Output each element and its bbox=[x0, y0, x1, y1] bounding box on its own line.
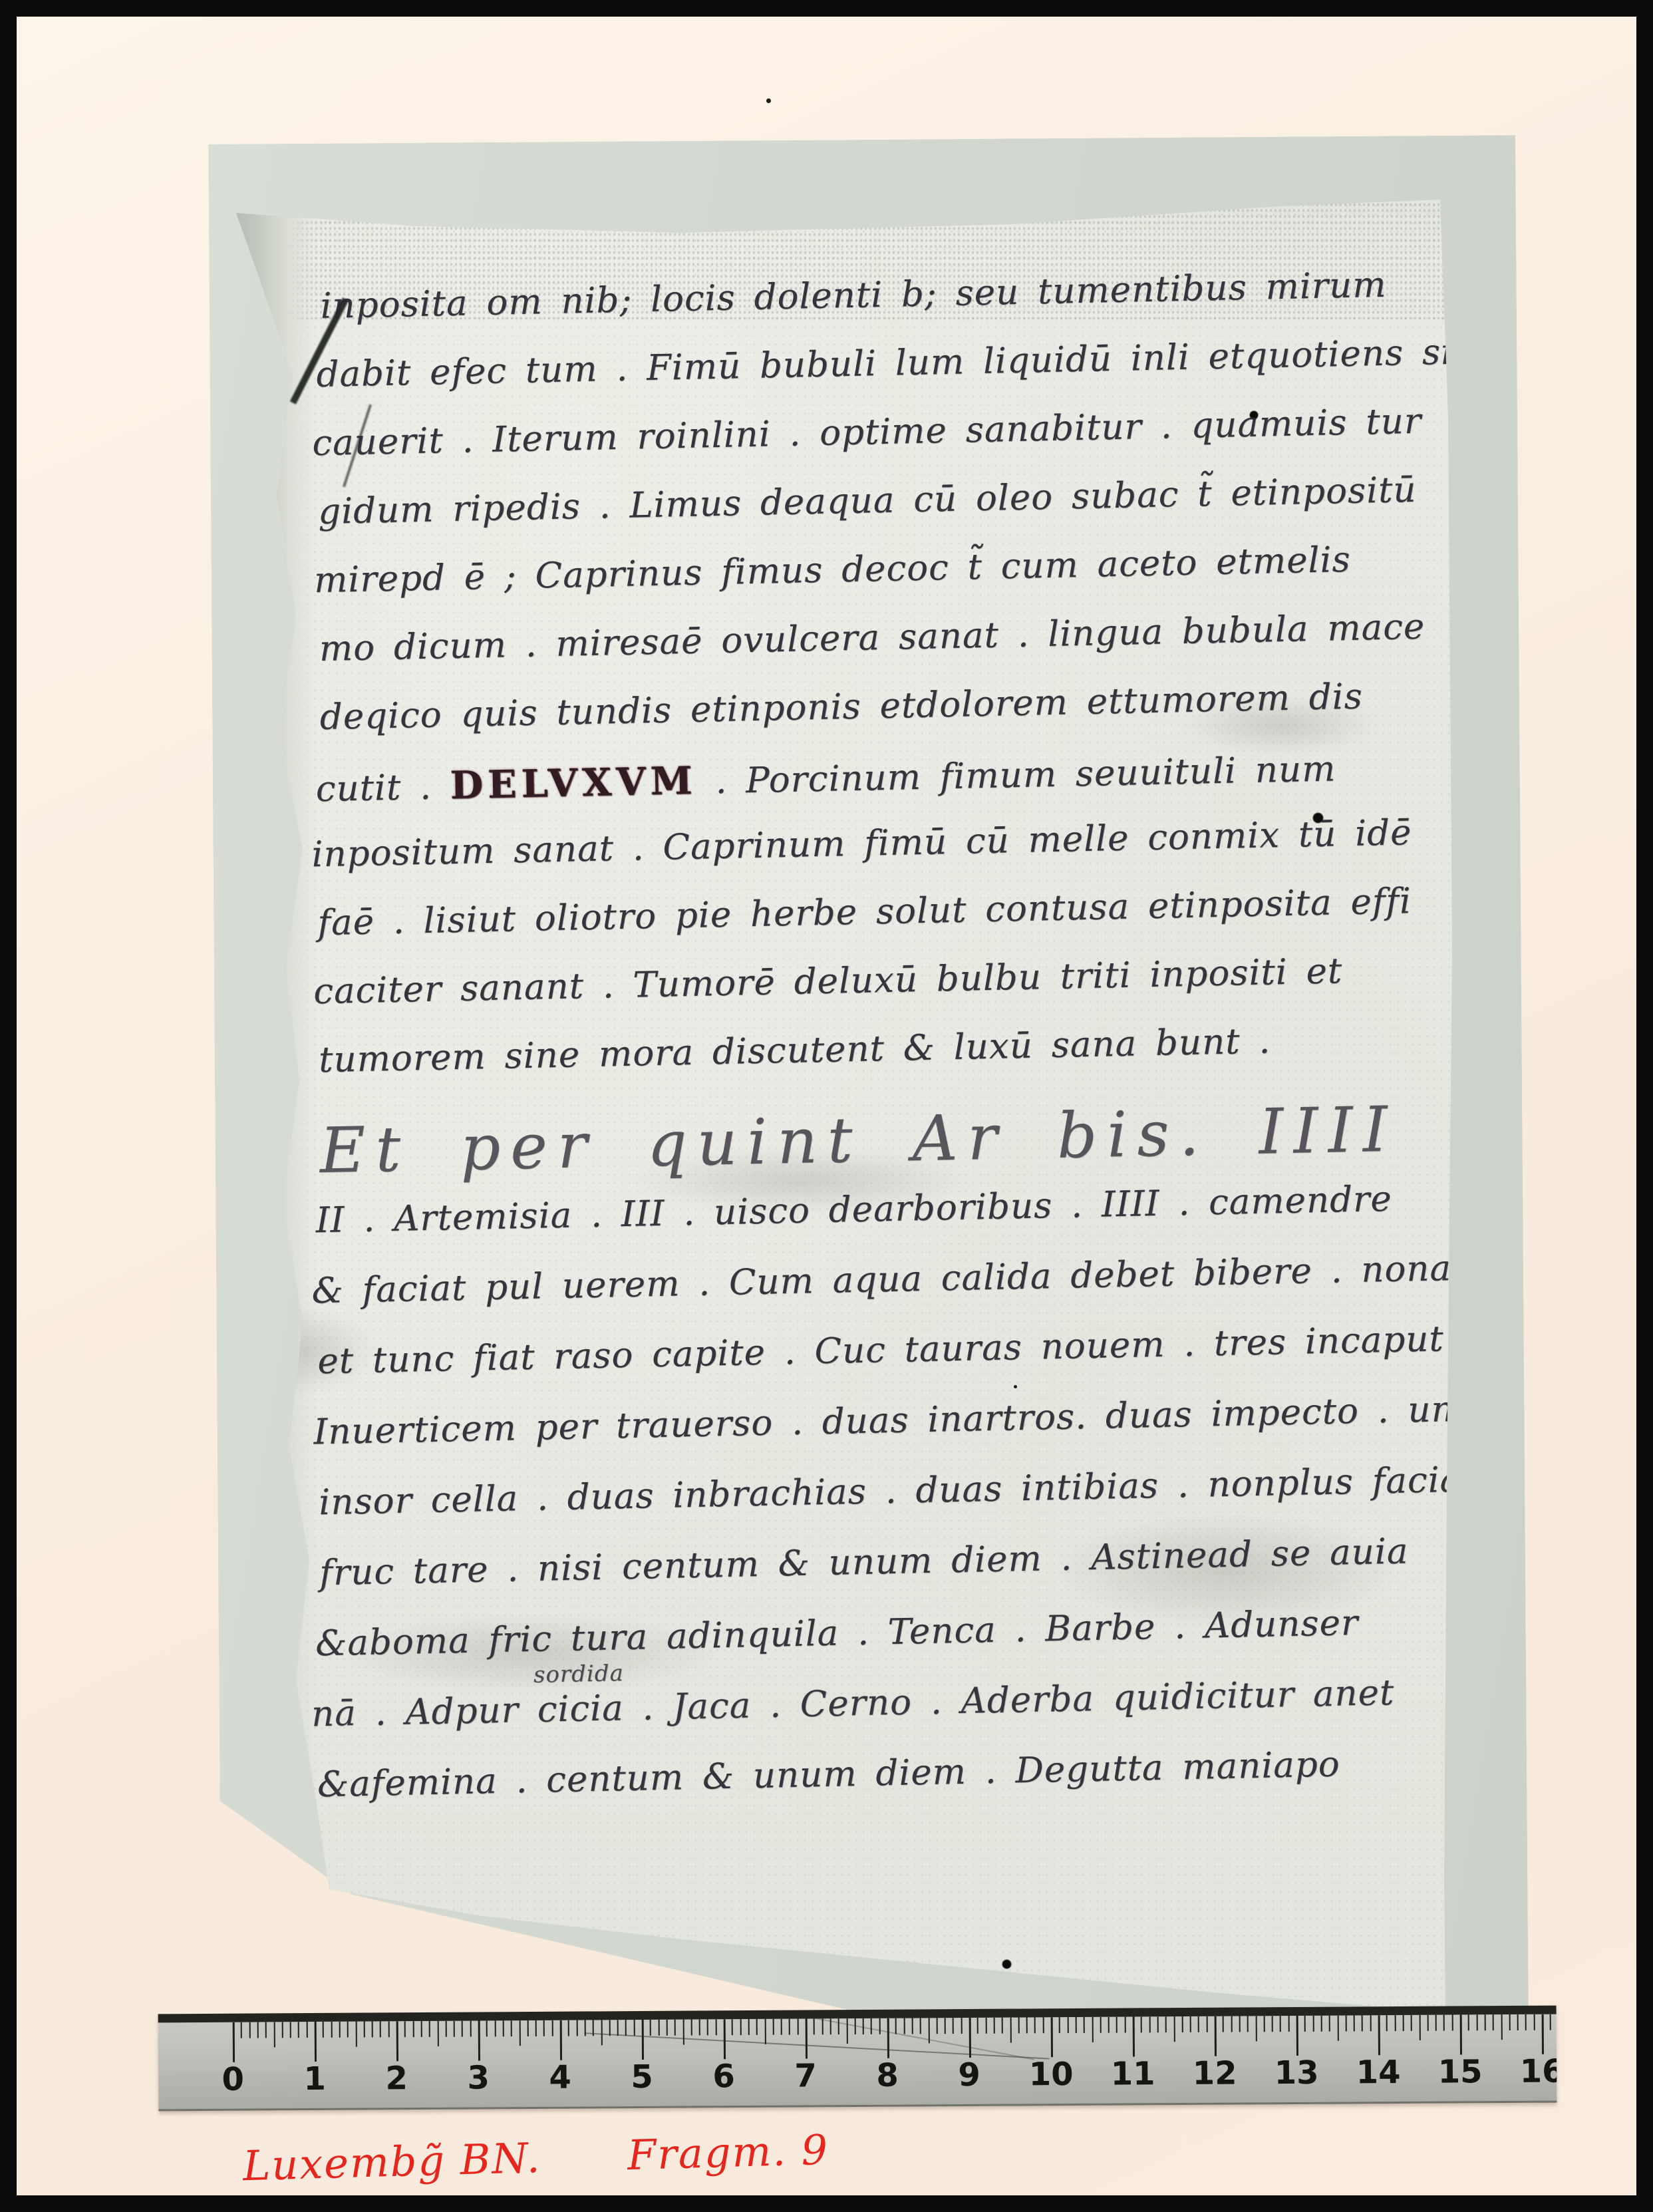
manuscript-line: cauerit . Iterum roinlini . optime sanab… bbox=[312, 401, 1422, 464]
dust-speck bbox=[1014, 1385, 1017, 1388]
text-segment: inposita om nib; locis dolenti b; seu tu… bbox=[320, 265, 1387, 327]
annotation-gap bbox=[541, 2169, 628, 2172]
ruler-number: 8 bbox=[876, 2057, 899, 2094]
text-segment: mo dicum . miresaē ovulcera sanat . ling… bbox=[319, 607, 1425, 669]
manuscript-line: & faciat pul uerem . Cum aqua calida deb… bbox=[311, 1247, 1511, 1311]
manuscript-line: II . Artemisia . III . uisco dearboribus… bbox=[315, 1179, 1392, 1241]
ruler-number: 11 bbox=[1111, 2055, 1155, 2092]
annotation-fragment-number: Fragm. 9 bbox=[627, 2126, 829, 2179]
text-segment: gidum ripedis . Limus deaqua cū oleo sub… bbox=[318, 470, 1417, 532]
manuscript-line: Inuerticem per trauerso . duas inartros.… bbox=[313, 1388, 1477, 1452]
ruler-number: 1 bbox=[303, 2060, 326, 2098]
photograph-of-manuscript-fragment: inposita om nib; locis dolenti b; seu tu… bbox=[0, 0, 1653, 2212]
parchment-leaf: inposita om nib; locis dolenti b; seu tu… bbox=[216, 150, 1453, 2012]
photo-paper: inposita om nib; locis dolenti b; seu tu… bbox=[17, 17, 1636, 2195]
text-segment: fruc tare . nisi centum & unum diem . As… bbox=[319, 1531, 1409, 1593]
manuscript-line: mirepd ē ; Caprinus fimus decoc t̃ cum a… bbox=[313, 540, 1351, 601]
ruler-number: 9 bbox=[958, 2056, 980, 2094]
ruler-number: 16 bbox=[1520, 2053, 1557, 2090]
centimeter-ruler: 012345678910111213141516 bbox=[158, 2006, 1557, 2112]
text-segment: cauerit . Iterum roinlini . optime sanab… bbox=[312, 401, 1422, 464]
manuscript-line: fruc tare . nisi centum & unum diem . As… bbox=[319, 1531, 1409, 1593]
ruler-number: 4 bbox=[549, 2059, 571, 2096]
manuscript-line: et tunc fiat raso capite . Cuc tauras no… bbox=[317, 1319, 1444, 1382]
text-segment: . Porcinum fimum seuuituli num bbox=[696, 748, 1336, 802]
annotation-shelfmark: Luxembg̃ BN. bbox=[242, 2133, 541, 2190]
text-segment: insor cella . duas inbrachias . duas int… bbox=[319, 1459, 1477, 1523]
manuscript-line: gidum ripedis . Limus deaqua cū oleo sub… bbox=[318, 470, 1417, 532]
manuscript-line: dabit efec tum . Fimū bubuli lum liquidū… bbox=[316, 331, 1473, 395]
text-segment: nā . Adpur cicia . Jaca . Cerno . Aderba… bbox=[311, 1672, 1394, 1735]
text-segment: &aboma fric tura adinquila . Tenca . Bar… bbox=[315, 1603, 1359, 1664]
text-segment: Inuerticem per trauerso . duas inartros.… bbox=[313, 1388, 1477, 1452]
ink-dot bbox=[1002, 1959, 1012, 1969]
ruler-number: 0 bbox=[222, 2061, 244, 2098]
text-segment: & faciat pul uerem . Cum aqua calida deb… bbox=[311, 1247, 1511, 1311]
ruler-number: 6 bbox=[712, 2058, 735, 2095]
ruler-number: 5 bbox=[631, 2058, 653, 2096]
text-segment: inpositum sanat . Caprinum fimū cū melle… bbox=[311, 812, 1412, 875]
manuscript-line: inpositum sanat . Caprinum fimū cū melle… bbox=[311, 812, 1412, 875]
text-segment: caciter sanant . Tumorē deluxū bulbu tri… bbox=[313, 951, 1343, 1012]
dust-speck bbox=[766, 98, 771, 103]
manuscript-line: &afemina . centum & unum diem . Degutta … bbox=[317, 1744, 1340, 1806]
manuscript-line: cutit . DELVXVM . Porcinum fimum seuuitu… bbox=[315, 745, 1336, 810]
manuscript-line: inposita om nib; locis dolenti b; seu tu… bbox=[320, 265, 1387, 327]
ruler-number: 2 bbox=[385, 2060, 408, 2097]
text-block: inposita om nib; locis dolenti b; seu tu… bbox=[316, 263, 1479, 1883]
ruler-number: 10 bbox=[1029, 2056, 1074, 2093]
text-segment: mirepd ē ; Caprinus fimus decoc t̃ cum a… bbox=[313, 540, 1351, 601]
text-segment: cutit . bbox=[315, 766, 450, 810]
manuscript-line: &aboma fric tura adinquila . Tenca . Bar… bbox=[315, 1603, 1359, 1664]
manuscript-line: caciter sanant . Tumorē deluxū bulbu tri… bbox=[313, 951, 1343, 1012]
text-segment: deqico quis tundis etinponis etdolorem e… bbox=[319, 677, 1363, 738]
manuscript-line: tumorem sine mora discutent & luxū sana … bbox=[319, 1021, 1271, 1080]
manuscript-line: deqico quis tundis etinponis etdolorem e… bbox=[319, 677, 1363, 738]
ruler-number: 14 bbox=[1356, 2054, 1401, 2091]
manuscript-line: insor cella . duas inbrachias . duas int… bbox=[319, 1459, 1477, 1523]
text-segment: faē . lisiut oliotro pie herbe solut con… bbox=[317, 881, 1412, 943]
manuscript-line: sordidanā . Adpur cicia . Jaca . Cerno .… bbox=[311, 1672, 1394, 1735]
text-segment: et tunc fiat raso capite . Cuc tauras no… bbox=[317, 1319, 1444, 1382]
text-segment: tumorem sine mora discutent & luxū sana … bbox=[319, 1021, 1271, 1080]
ruler-number: 15 bbox=[1438, 2053, 1483, 2090]
interlinear-gloss: sordida bbox=[533, 1660, 625, 1688]
text-segment: dabit efec tum . Fimū bubuli lum liquidū… bbox=[316, 331, 1473, 395]
manuscript-line: mo dicum . miresaē ovulcera sanat . ling… bbox=[319, 607, 1425, 669]
text-segment: &afemina . centum & unum diem . Degutta … bbox=[317, 1744, 1340, 1806]
ruler-number: 7 bbox=[794, 2057, 817, 2094]
ruler-numbers: 012345678910111213141516 bbox=[158, 2014, 1557, 2110]
text-segment: II . Artemisia . III . uisco dearboribus… bbox=[315, 1179, 1392, 1241]
ruler-number: 3 bbox=[467, 2059, 490, 2096]
manuscript-line: faē . lisiut oliotro pie herbe solut con… bbox=[317, 881, 1412, 943]
archivist-annotation: Luxembg̃ BN.Fragm. 9 bbox=[242, 2126, 829, 2191]
ruler-number: 13 bbox=[1275, 2054, 1319, 2092]
rubric-heading: DELVXVM bbox=[450, 758, 697, 808]
ruler-number: 12 bbox=[1193, 2055, 1237, 2092]
